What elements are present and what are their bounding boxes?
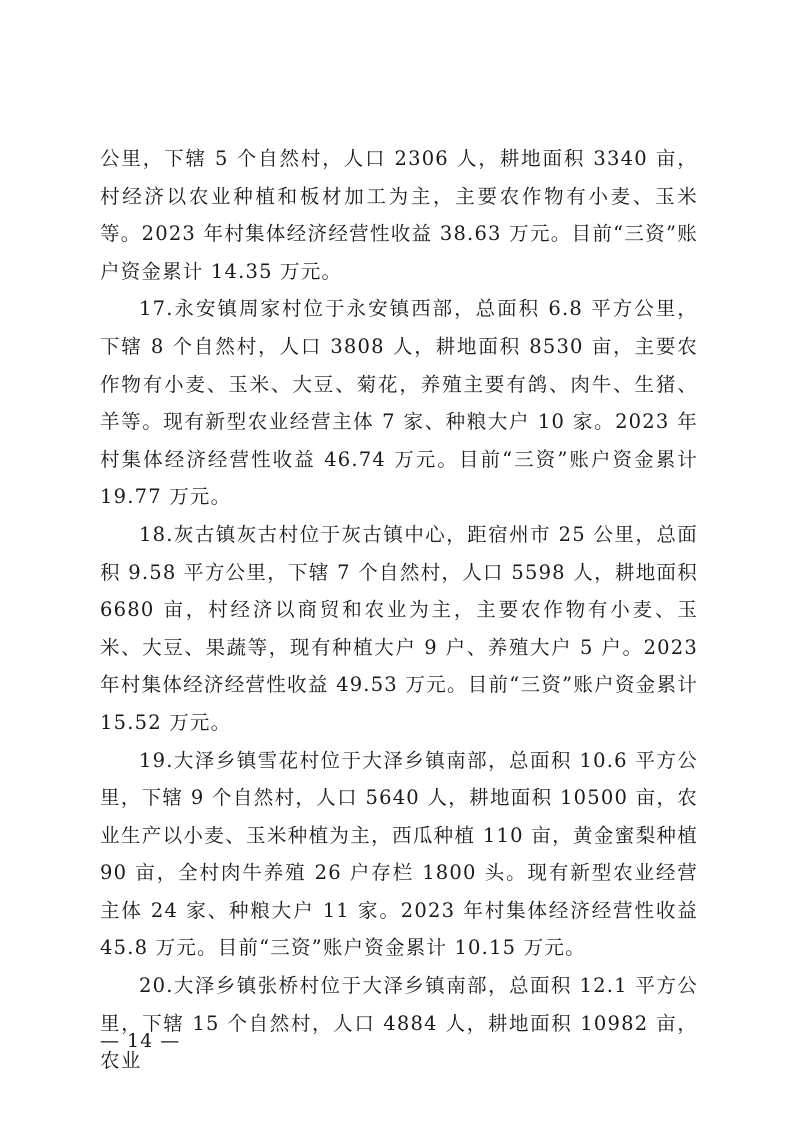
paragraph-18: 18.灰古镇灰古村位于灰古镇中心，距宿州市 25 公里，总面积 9.58 平方公… [100, 516, 698, 742]
page-number: — 14 — [100, 1030, 180, 1052]
paragraph-17: 17.永安镇周家村位于永安镇西部，总面积 6.8 平方公里，下辖 8 个自然村，… [100, 290, 698, 516]
paragraph-19: 19.大泽乡镇雪花村位于大泽乡镇南部，总面积 10.6 平方公里，下辖 9 个自… [100, 742, 698, 968]
paragraph-16-continued: 公里，下辖 5 个自然村，人口 2306 人，耕地面积 3340 亩，村经济以农… [100, 140, 698, 290]
paragraph-20: 20.大泽乡镇张桥村位于大泽乡镇南部，总面积 12.1 平方公里，下辖 15 个… [100, 967, 698, 1080]
page-body: 公里，下辖 5 个自然村，人口 2306 人，耕地面积 3340 亩，村经济以农… [100, 140, 698, 1080]
